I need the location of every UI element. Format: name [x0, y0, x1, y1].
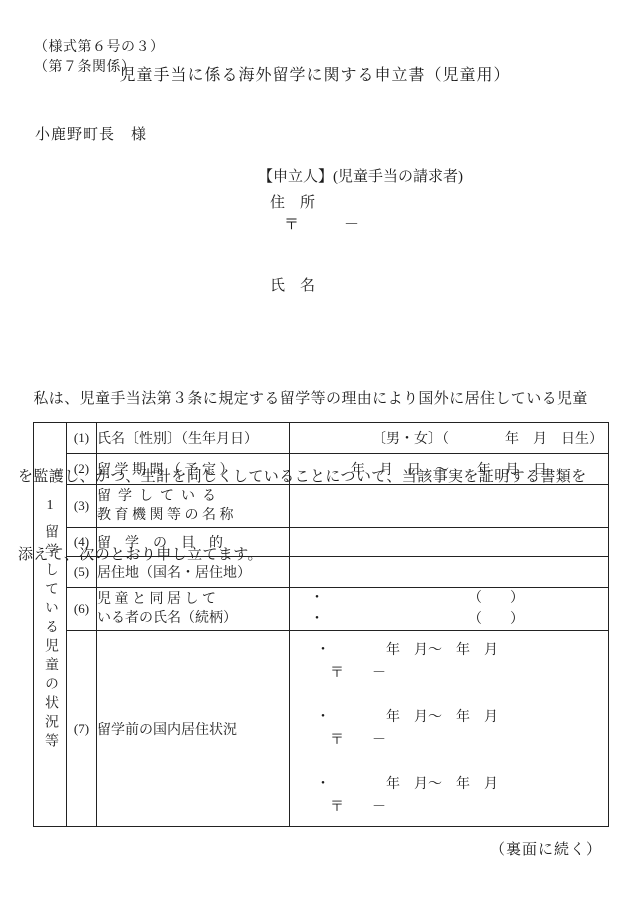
table-row: (5) 居住地（国名・居住地） [34, 557, 609, 588]
field-label-study-period: 留 学 期 間 （ 予 定 ） [97, 454, 290, 485]
field-label-institution-name: 留 学 し て い る 教 育 機 関 等 の 名 称 [97, 485, 290, 528]
period-postal-template: 〒 － [316, 729, 608, 752]
field-value-study-period: 年 月 日 ～ 年 月 日 [290, 454, 609, 485]
period-range-template: ・ 年 月～ 年 月 [316, 773, 608, 796]
field-value-residence [290, 557, 609, 588]
row-number: (5) [67, 557, 97, 588]
residence-period-entry: ・ 年 月～ 年 月 〒 － [316, 706, 608, 752]
addressee-line: 小鹿野町長 様 [35, 123, 147, 144]
cohabitant-entry: ・ （ ） [290, 588, 608, 609]
period-postal-template: 〒 － [316, 662, 608, 685]
table-row: 1 留学している児童の状況等 (1) 氏名〔性別〕（生年月日） 〔男・女〕（ 年… [34, 423, 609, 454]
residence-period-entry: ・ 年 月～ 年 月 〒 － [316, 639, 608, 685]
relationship-parens: （ ） [468, 588, 524, 609]
field-label-domestic-residence-history: 留学前の国内居住状況 [97, 631, 290, 827]
applicant-heading: 【申立人】(児童手当の請求者) [258, 165, 463, 186]
bullet: ・ [310, 588, 324, 609]
period-range-template: ・ 年 月～ 年 月 [316, 639, 608, 662]
relationship-parens: （ ） [468, 609, 524, 630]
period-postal-template: 〒 － [316, 796, 608, 819]
application-form-page: （様式第６号の３） （第７条関係） 児童手当に係る海外留学に関する申立書（児童用… [0, 0, 630, 903]
period-range-template: ・ 年 月～ 年 月 [316, 706, 608, 729]
table-row: (2) 留 学 期 間 （ 予 定 ） 年 月 日 ～ 年 月 日 [34, 454, 609, 485]
table-row: (6) 児 童 と 同 居 し て いる者の氏名（続柄） ・ （ ） ・ （ ） [34, 588, 609, 631]
name-label: 氏 名 [270, 274, 315, 295]
table-row: (7) 留学前の国内居住状況 ・ 年 月～ 年 月 〒 － ・ 年 月～ 年 月… [34, 631, 609, 827]
field-label-residence: 居住地（国名・居住地） [97, 557, 290, 588]
section-number: 1 [47, 498, 54, 514]
field-value-name-sex-birthdate: 〔男・女〕（ 年 月 日生） [290, 423, 609, 454]
row-number: (4) [67, 528, 97, 557]
continuation-note: （裏面に続く） [490, 838, 602, 859]
field-value-cohabitants: ・ （ ） ・ （ ） [290, 588, 609, 631]
table-row: (4) 留 学 の 目 的 [34, 528, 609, 557]
field-label-name-sex-birthdate: 氏名〔性別〕（生年月日） [97, 423, 290, 454]
study-status-table: 1 留学している児童の状況等 (1) 氏名〔性別〕（生年月日） 〔男・女〕（ 年… [33, 422, 609, 827]
residence-period-entry: ・ 年 月～ 年 月 〒 － [316, 773, 608, 819]
table-row: (3) 留 学 し て い る 教 育 機 関 等 の 名 称 [34, 485, 609, 528]
cohabitant-entry: ・ （ ） [290, 609, 608, 630]
postal-code-line: 〒 － [284, 213, 359, 234]
field-value-domestic-residence-history: ・ 年 月～ 年 月 〒 － ・ 年 月～ 年 月 〒 － ・ 年 月～ 年 月… [290, 631, 609, 827]
sex-birthdate-template: 〔男・女〕（ 年 月 日生） [290, 428, 608, 448]
field-value-study-purpose [290, 528, 609, 557]
bullet: ・ [310, 609, 324, 630]
address-label: 住 所 [270, 191, 315, 212]
study-period-template: 年 月 日 ～ 年 月 日 [290, 459, 608, 479]
field-label-study-purpose: 留 学 の 目 的 [97, 528, 290, 557]
field-value-institution-name [290, 485, 609, 528]
row-number: (2) [67, 454, 97, 485]
field-label-cohabitants: 児 童 と 同 居 し て いる者の氏名（続柄） [97, 588, 290, 631]
row-number: (3) [67, 485, 97, 528]
section-header-cell: 1 留学している児童の状況等 [34, 423, 67, 827]
declaration-line-1: 私は、児童手当法第３条に規定する留学等の理由により国外に居住している児童 [18, 386, 616, 412]
row-number: (6) [67, 588, 97, 631]
row-number: (1) [67, 423, 97, 454]
document-title: 児童手当に係る海外留学に関する申立書（児童用） [0, 62, 630, 85]
row-number: (7) [67, 631, 97, 827]
section-label-vertical: 留学している児童の状況等 [43, 524, 57, 752]
form-number: （様式第６号の３） [34, 40, 165, 55]
